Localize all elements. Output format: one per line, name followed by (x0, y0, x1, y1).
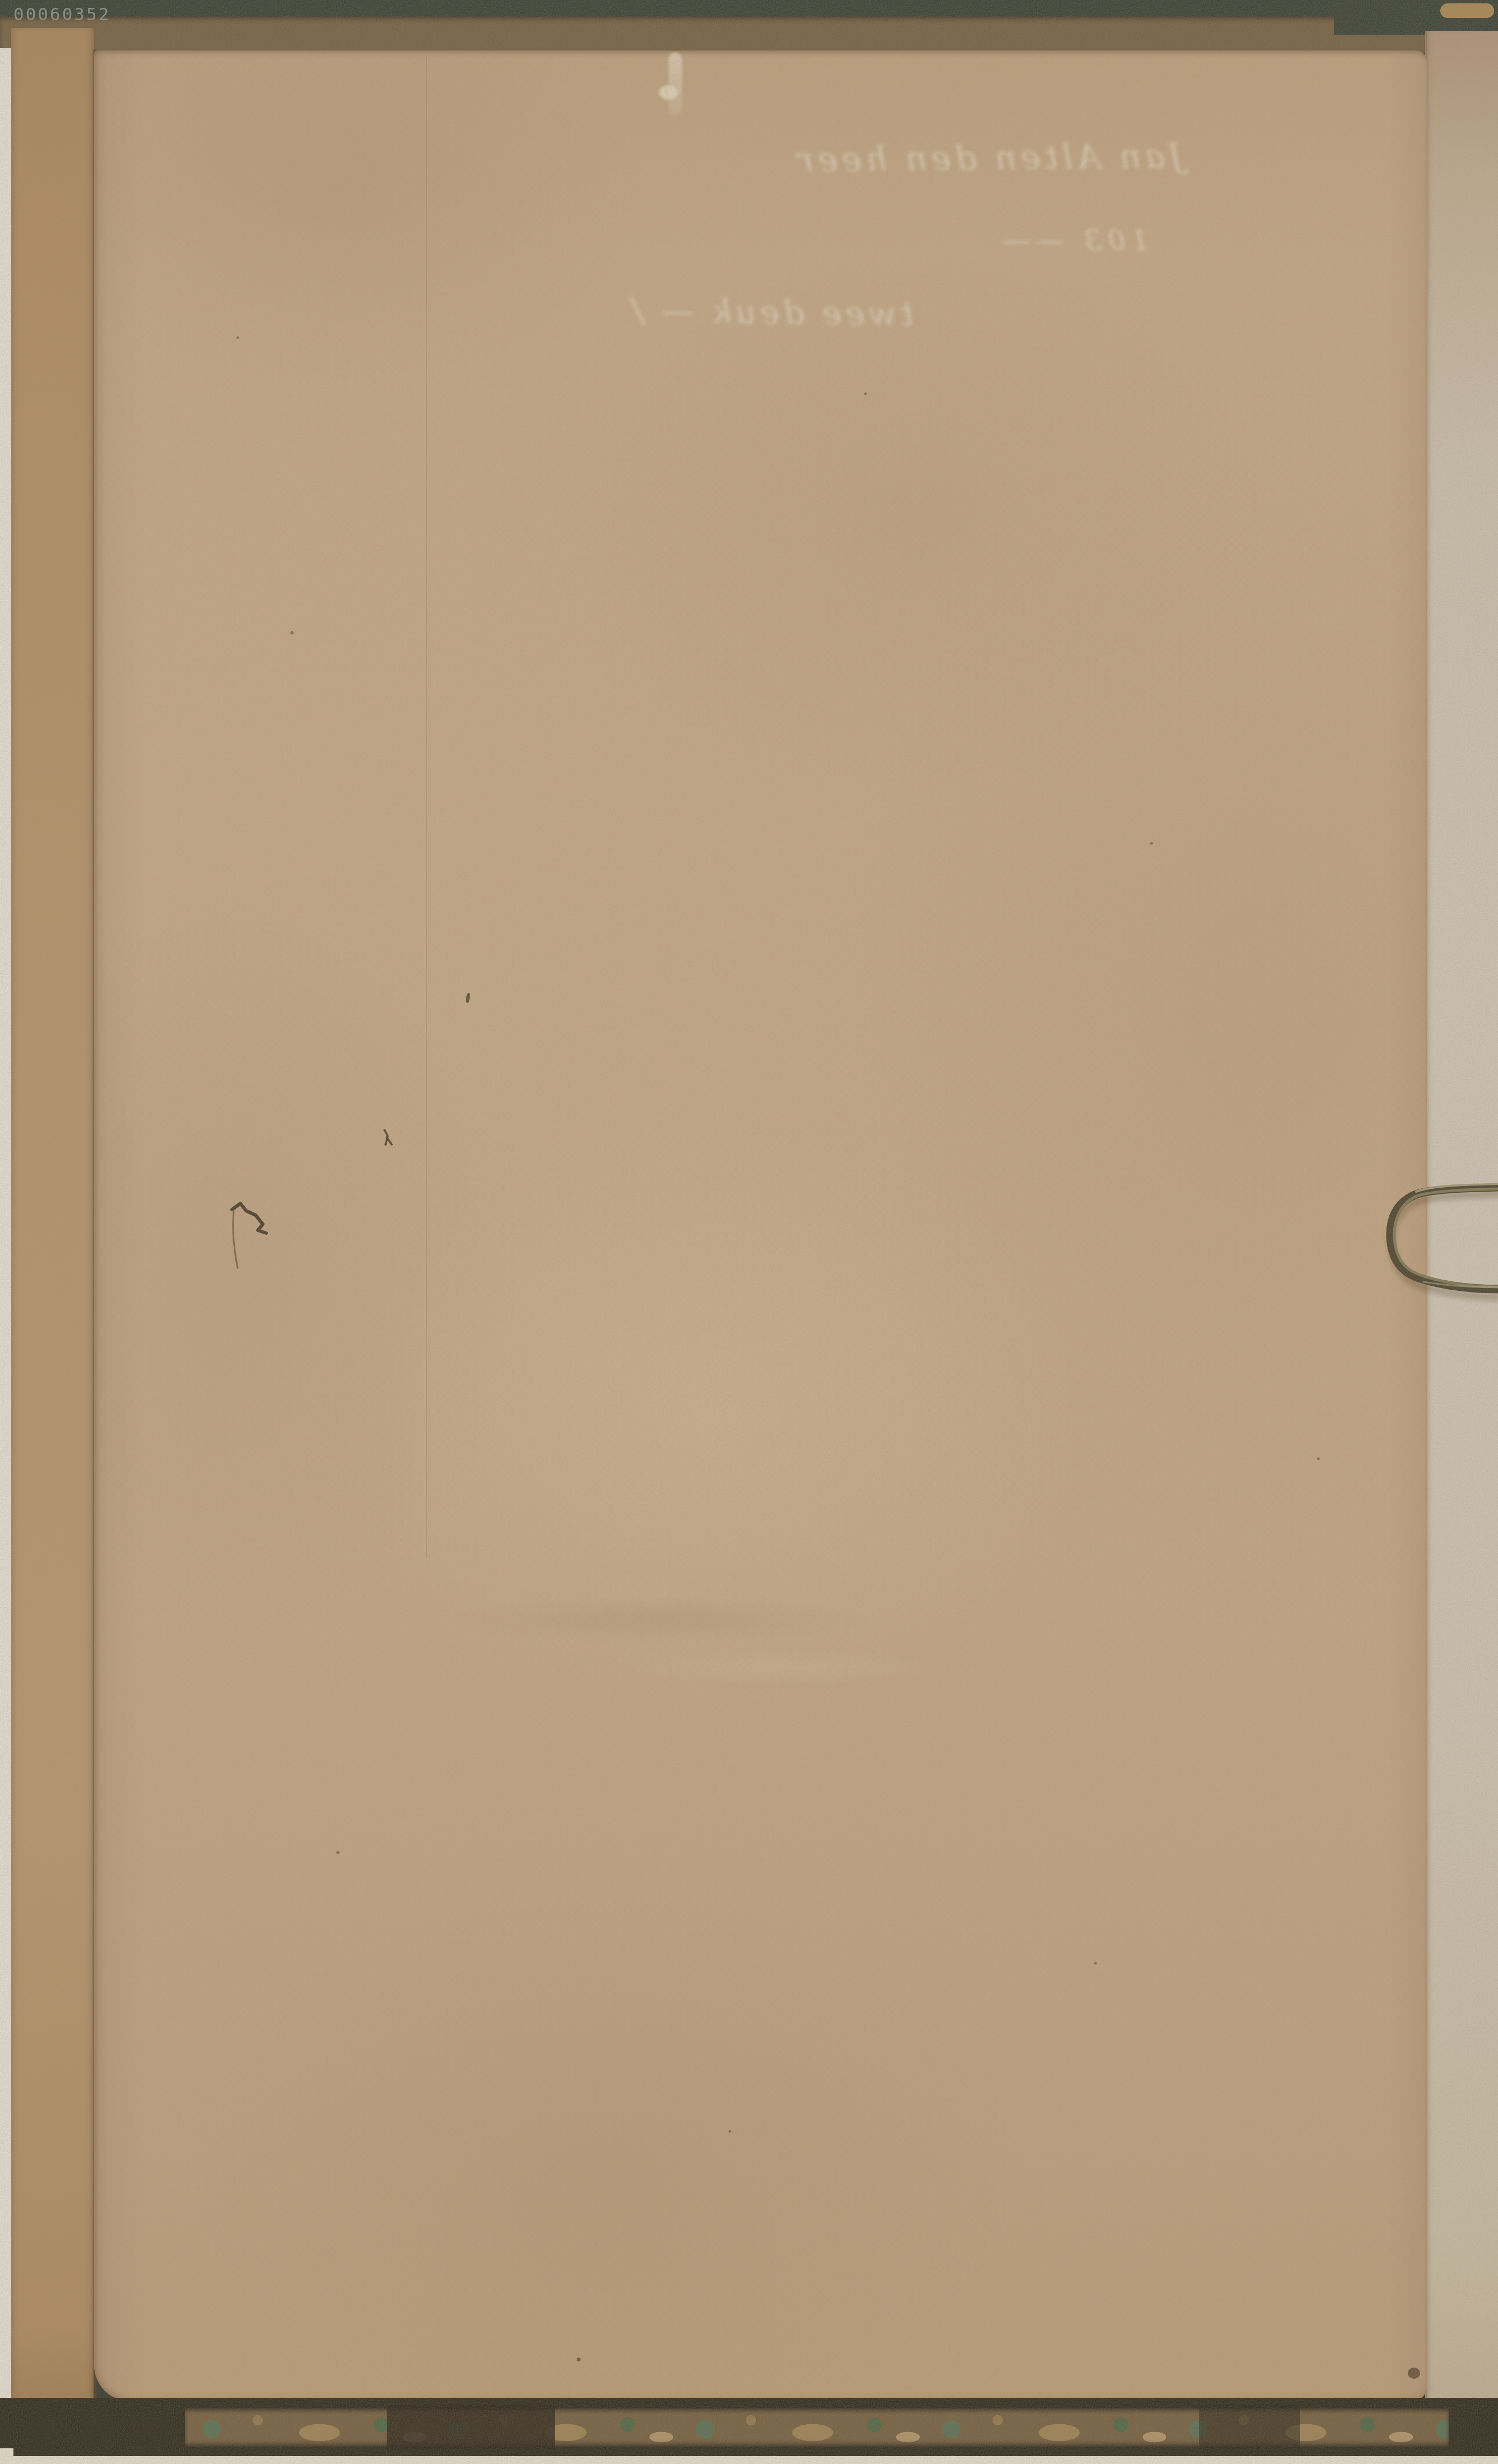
dark-stain-dot (1408, 2368, 1420, 2379)
paper-speck (336, 1851, 340, 1854)
page (94, 50, 1427, 2401)
paper-speck (729, 2130, 731, 2133)
pale-drip-stain (669, 53, 682, 115)
paper-wrinkle-shadow (347, 1586, 964, 1654)
paper-wrinkle-highlight (560, 1642, 1009, 1693)
spine-inner-cover (11, 28, 94, 2401)
bleedthrough-script-line-2: 103 —— (964, 224, 1149, 257)
cover-top-right-wear-spot (1440, 3, 1494, 18)
paper-speck (290, 631, 294, 634)
book-scan: Jan Alten den heer 103 —— twee deuk — / (0, 0, 1498, 2464)
paper-speck (577, 2358, 581, 2361)
bleedthrough-script-line-1: Jan Alten den heer (701, 136, 1183, 180)
paper-speck (1094, 1962, 1097, 1965)
bleedthrough-script-line-3: twee deuk — / (555, 290, 914, 334)
fore-edge-page-block (1425, 31, 1498, 2402)
paper-speck (1150, 842, 1153, 845)
paper-crease (426, 56, 428, 1558)
marble-shadow-gap (387, 2405, 555, 2449)
scan-left-margin (0, 48, 11, 2401)
paper-speck (236, 336, 239, 339)
scan-bottom-margin (0, 2456, 1498, 2464)
marbled-paper-top (0, 16, 1498, 55)
catalog-number: 00060352 (13, 4, 110, 25)
white-fleck-stain (659, 85, 678, 100)
paper-speck (864, 392, 867, 395)
paper-speck (1317, 1457, 1320, 1460)
marble-shadow-gap (1199, 2405, 1300, 2449)
scan-bottom-left-corner (0, 2448, 13, 2464)
